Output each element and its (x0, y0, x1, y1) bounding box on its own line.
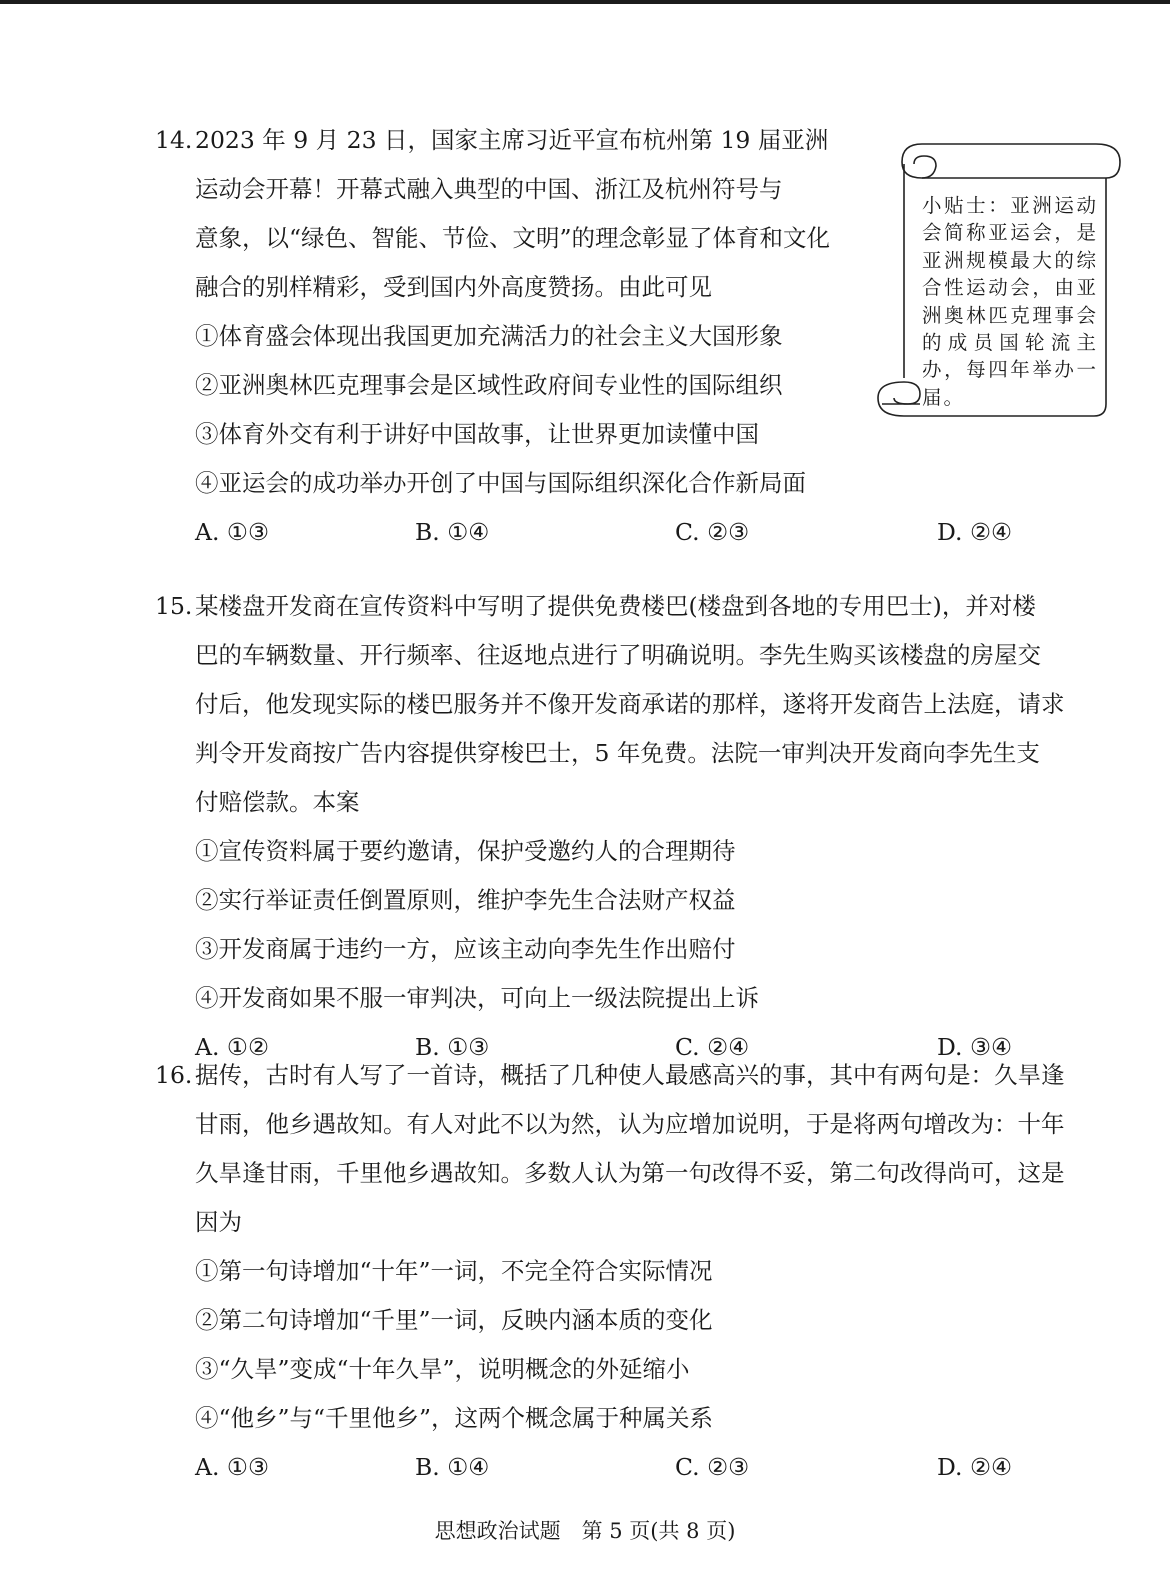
statement-4: ④“他乡”与“千里他乡”，这两个概念属于种属关系 (155, 1394, 1135, 1443)
question-number: 14. (155, 116, 195, 165)
question-stem-line: 运动会开幕！开幕式融入典型的中国、浙江及杭州符号与 (155, 165, 855, 214)
question-number: 15. (155, 582, 195, 631)
statement-2: ②亚洲奥林匹克理事会是区域性政府间专业性的国际组织 (155, 361, 855, 410)
question-number: 16. (155, 1051, 195, 1100)
answer-options: A. ①③ B. ①④ C. ②③ D. ②④ (155, 508, 855, 557)
question-stem-line: 付赔偿款。本案 (155, 778, 1135, 827)
option-a[interactable]: A. ①③ (195, 508, 269, 557)
page-footer: 思想政治试题 第 5 页(共 8 页) (0, 1515, 1170, 1545)
question-stem-line: 甘雨，他乡遇故知。有人对此不以为然，认为应增加说明，于是将两句增改为：十年 (155, 1100, 1135, 1149)
question-16: 16.据传，古时有人写了一首诗，概括了几种使人最感高兴的事，其中有两句是：久旱逢… (155, 1051, 1135, 1492)
option-a[interactable]: A. ①③ (195, 1443, 269, 1492)
question-15: 15.某楼盘开发商在宣传资料中写明了提供免费楼巴(楼盘到各地的专用巴士)，并对楼… (155, 582, 1135, 1072)
statement-4: ④开发商如果不服一审判决，可向上一级法院提出上诉 (155, 974, 1135, 1023)
statement-3: ③开发商属于违约一方，应该主动向李先生作出赔付 (155, 925, 1135, 974)
option-d[interactable]: D. ②④ (937, 508, 1012, 557)
statement-4: ④亚运会的成功举办开创了中国与国际组织深化合作新局面 (155, 459, 855, 508)
question-stem-line: 14.2023 年 9 月 23 日，国家主席习近平宣布杭州第 19 届亚洲 (155, 116, 855, 165)
statement-2: ②实行举证责任倒置原则，维护李先生合法财产权益 (155, 876, 1135, 925)
option-b[interactable]: B. ①④ (415, 1443, 489, 1492)
question-stem-line: 久旱逢甘雨，千里他乡遇故知。多数人认为第一句改得不妥，第二句改得尚可，这是 (155, 1149, 1135, 1198)
question-14: 14.2023 年 9 月 23 日，国家主席习近平宣布杭州第 19 届亚洲 运… (155, 116, 855, 557)
question-stem-line: 因为 (155, 1198, 1135, 1247)
tip-text: 小贴士：亚洲运动会简称亚运会，是亚洲规模最大的综合性运动会，由亚洲奥林匹克理事会… (922, 192, 1098, 411)
statement-1: ①体育盛会体现出我国更加充满活力的社会主义大国形象 (155, 312, 855, 361)
question-stem-line: 15.某楼盘开发商在宣传资料中写明了提供免费楼巴(楼盘到各地的专用巴士)，并对楼 (155, 582, 1135, 631)
scroll-tip-box: 小贴士：亚洲运动会简称亚运会，是亚洲规模最大的综合性运动会，由亚洲奥林匹克理事会… (874, 142, 1124, 420)
page-top-border (0, 0, 1170, 4)
option-b[interactable]: B. ①④ (415, 508, 489, 557)
option-d[interactable]: D. ②④ (937, 1443, 1012, 1492)
statement-2: ②第二句诗增加“千里”一词，反映内涵本质的变化 (155, 1296, 1135, 1345)
question-stem-line: 16.据传，古时有人写了一首诗，概括了几种使人最感高兴的事，其中有两句是：久旱逢 (155, 1051, 1135, 1100)
option-c[interactable]: C. ②③ (675, 1443, 749, 1492)
statement-3: ③体育外交有利于讲好中国故事，让世界更加读懂中国 (155, 410, 855, 459)
question-stem-line: 付后，他发现实际的楼巴服务并不像开发商承诺的那样，遂将开发商告上法庭，请求 (155, 680, 1135, 729)
statement-3: ③“久旱”变成“十年久旱”，说明概念的外延缩小 (155, 1345, 1135, 1394)
statement-1: ①第一句诗增加“十年”一词，不完全符合实际情况 (155, 1247, 1135, 1296)
question-stem-line: 融合的别样精彩，受到国内外高度赞扬。由此可见 (155, 263, 855, 312)
question-stem-line: 巴的车辆数量、开行频率、往返地点进行了明确说明。李先生购买该楼盘的房屋交 (155, 631, 1135, 680)
question-stem-line: 意象，以“绿色、智能、节俭、文明”的理念彰显了体育和文化 (155, 214, 855, 263)
answer-options: A. ①③ B. ①④ C. ②③ D. ②④ (155, 1443, 1135, 1492)
question-stem-line: 判令开发商按广告内容提供穿梭巴士，5 年免费。法院一审判决开发商向李先生支 (155, 729, 1135, 778)
statement-1: ①宣传资料属于要约邀请，保护受邀约人的合理期待 (155, 827, 1135, 876)
option-c[interactable]: C. ②③ (675, 508, 749, 557)
